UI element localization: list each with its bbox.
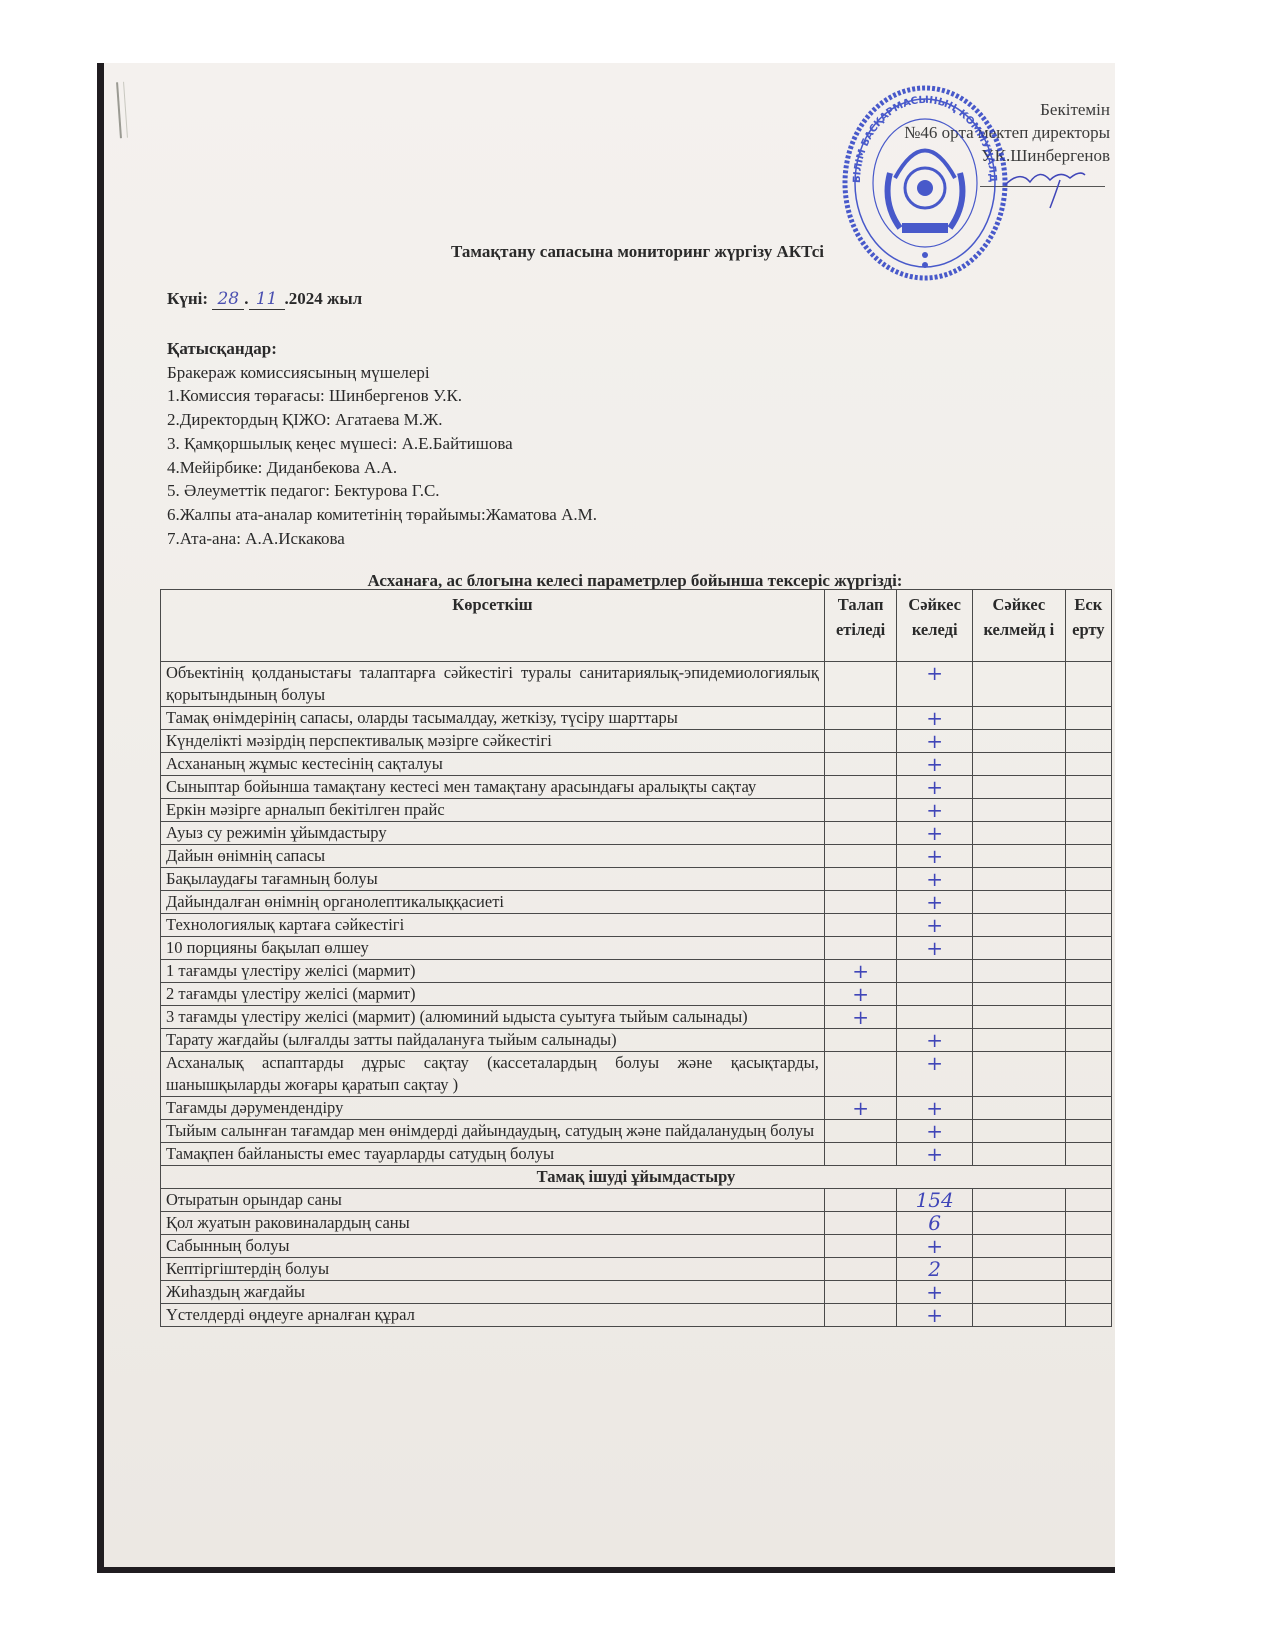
table-title: Асханаға, ас блогына келесі параметрлер … — [160, 571, 1110, 591]
indicator-cell: Асханалық аспаптарды дұрыс сақтау (кассе… — [161, 1052, 825, 1097]
required-cell — [824, 799, 896, 822]
compliant-cell: + — [897, 937, 973, 960]
table-row: Тамақпен байланысты емес тауарларды сату… — [161, 1143, 1112, 1166]
note-cell — [1065, 937, 1111, 960]
indicator-cell: Дайын өнімнің сапасы — [161, 845, 825, 868]
required-cell — [824, 1029, 896, 1052]
document-title: Тамақтану сапасына мониторинг жүргізу АК… — [0, 242, 1275, 262]
compliant-cell: 6 — [897, 1212, 973, 1235]
indicator-cell: 2 тағамды үлестіру желісі (мармит) — [161, 983, 825, 1006]
note-cell — [1065, 960, 1111, 983]
compliant-cell: + — [897, 1120, 973, 1143]
table-header-row: Көрсеткіш Талап етіледі Сәйкес келеді Сә… — [161, 590, 1112, 662]
note-cell — [1065, 1212, 1111, 1235]
required-cell — [824, 1052, 896, 1097]
note-cell — [1065, 1189, 1111, 1212]
noncompliant-cell — [973, 1097, 1066, 1120]
compliant-cell: + — [897, 753, 973, 776]
compliant-cell: + — [897, 868, 973, 891]
indicator-cell: Қол жуатын раковиналардың саны — [161, 1212, 825, 1235]
compliant-cell: + — [897, 822, 973, 845]
compliant-cell: + — [897, 662, 973, 707]
indicator-cell: Тамақ өнімдерінің сапасы, оларды тасымал… — [161, 707, 825, 730]
table-row: Технологиялық картаға сәйкестігі+ — [161, 914, 1112, 937]
table-row: 10 порцияны бақылап өлшеу+ — [161, 937, 1112, 960]
note-cell — [1065, 983, 1111, 1006]
compliant-cell — [897, 960, 973, 983]
date-month: 11 — [249, 289, 285, 310]
header-required: Талап етіледі — [824, 590, 896, 662]
indicator-cell: Ауыз су режимін ұйымдастыру — [161, 822, 825, 845]
required-cell: + — [824, 960, 896, 983]
indicator-cell: Отыратын орындар саны — [161, 1189, 825, 1212]
noncompliant-cell — [973, 1006, 1066, 1029]
note-cell — [1065, 1304, 1111, 1327]
compliant-cell — [897, 983, 973, 1006]
table-row: Еркін мәзірге арналып бекітілген прайс+ — [161, 799, 1112, 822]
indicator-cell: Объектінің қолданыстағы талаптарға сәйке… — [161, 662, 825, 707]
indicator-cell: 3 тағамды үлестіру желісі (мармит) (алюм… — [161, 1006, 825, 1029]
noncompliant-cell — [973, 822, 1066, 845]
participant-line: 6.Жалпы ата-аналар комитетінің төрайымы:… — [167, 503, 597, 527]
date-suffix: .2024 жыл — [285, 289, 363, 308]
participant-line: 7.Ата-ана: А.А.Искакова — [167, 527, 597, 551]
indicator-cell: Жиһаздың жағдайы — [161, 1281, 825, 1304]
note-cell — [1065, 868, 1111, 891]
noncompliant-cell — [973, 937, 1066, 960]
table-row: Сыныптар бойынша тамақтану кестесі мен т… — [161, 776, 1112, 799]
required-cell: + — [824, 983, 896, 1006]
required-cell — [824, 1235, 896, 1258]
required-cell — [824, 707, 896, 730]
compliant-cell: + — [897, 914, 973, 937]
indicator-cell: Асхананың жұмыс кестесінің сақталуы — [161, 753, 825, 776]
table-row: Отыратын орындар саны154 — [161, 1189, 1112, 1212]
table-row: Асхананың жұмыс кестесінің сақталуы+ — [161, 753, 1112, 776]
table-row: 3 тағамды үлестіру желісі (мармит) (алюм… — [161, 1006, 1112, 1029]
required-cell — [824, 937, 896, 960]
table-row: Кептіргіштердің болуы2 — [161, 1258, 1112, 1281]
note-cell — [1065, 1143, 1111, 1166]
note-cell — [1065, 1097, 1111, 1120]
table-row: Тағамды дәрумендендіру++ — [161, 1097, 1112, 1120]
indicator-cell: Күнделікті мәзірдің перспективалық мәзір… — [161, 730, 825, 753]
table-row: Тамақ өнімдерінің сапасы, оларды тасымал… — [161, 707, 1112, 730]
noncompliant-cell — [973, 1120, 1066, 1143]
noncompliant-cell — [973, 1029, 1066, 1052]
noncompliant-cell — [973, 1212, 1066, 1235]
note-cell — [1065, 662, 1111, 707]
table-row: 1 тағамды үлестіру желісі (мармит)+ — [161, 960, 1112, 983]
note-cell — [1065, 822, 1111, 845]
indicator-cell: Еркін мәзірге арналып бекітілген прайс — [161, 799, 825, 822]
noncompliant-cell — [973, 1235, 1066, 1258]
indicator-cell: Кептіргіштердің болуы — [161, 1258, 825, 1281]
noncompliant-cell — [973, 891, 1066, 914]
indicator-cell: 1 тағамды үлестіру желісі (мармит) — [161, 960, 825, 983]
compliant-cell: + — [897, 1304, 973, 1327]
indicator-cell: 10 порцияны бақылап өлшеу — [161, 937, 825, 960]
noncompliant-cell — [973, 662, 1066, 707]
note-cell — [1065, 776, 1111, 799]
compliant-cell: + — [897, 1143, 973, 1166]
inspection-table: Көрсеткіш Талап етіледі Сәйкес келеді Сә… — [160, 589, 1112, 1327]
participant-line: 4.Мейірбике: Диданбекова А.А. — [167, 456, 597, 480]
noncompliant-cell — [973, 1258, 1066, 1281]
required-cell: + — [824, 1006, 896, 1029]
section-title: Тамақ ішуді ұйымдастыру — [161, 1166, 1112, 1189]
compliant-cell: + — [897, 730, 973, 753]
indicator-cell: Сыныптар бойынша тамақтану кестесі мен т… — [161, 776, 825, 799]
header-indicator: Көрсеткіш — [161, 590, 825, 662]
note-cell — [1065, 753, 1111, 776]
required-cell — [824, 776, 896, 799]
required-cell: + — [824, 1097, 896, 1120]
noncompliant-cell — [973, 1304, 1066, 1327]
noncompliant-cell — [973, 730, 1066, 753]
noncompliant-cell — [973, 707, 1066, 730]
compliant-cell: 154 — [897, 1189, 973, 1212]
noncompliant-cell — [973, 799, 1066, 822]
noncompliant-cell — [973, 845, 1066, 868]
note-cell — [1065, 1281, 1111, 1304]
table-row: Жиһаздың жағдайы+ — [161, 1281, 1112, 1304]
indicator-cell: Тамақпен байланысты емес тауарларды сату… — [161, 1143, 825, 1166]
required-cell — [824, 891, 896, 914]
noncompliant-cell — [973, 1281, 1066, 1304]
table-row: Ауыз су режимін ұйымдастыру+ — [161, 822, 1112, 845]
note-cell — [1065, 891, 1111, 914]
indicator-cell: Тарату жағдайы (ылғалды затты пайдалануғ… — [161, 1029, 825, 1052]
table-row: 2 тағамды үлестіру желісі (мармит)+ — [161, 983, 1112, 1006]
compliant-cell: + — [897, 1029, 973, 1052]
participant-line: 1.Комиссия төрағасы: Шинбергенов У.К. — [167, 384, 597, 408]
header-compliant: Сәйкес келеді — [897, 590, 973, 662]
required-cell — [824, 868, 896, 891]
noncompliant-cell — [973, 1052, 1066, 1097]
date-label: Күні: — [167, 289, 208, 308]
indicator-cell: Технологиялық картаға сәйкестігі — [161, 914, 825, 937]
table-row: Бақылаудағы тағамның болуы+ — [161, 868, 1112, 891]
signature-icon — [1000, 150, 1090, 210]
indicator-cell: Дайындалған өнімнің органолептикалыққаси… — [161, 891, 825, 914]
noncompliant-cell — [973, 960, 1066, 983]
table-row: Дайын өнімнің сапасы+ — [161, 845, 1112, 868]
indicator-cell: Тағамды дәрумендендіру — [161, 1097, 825, 1120]
note-cell — [1065, 1029, 1111, 1052]
required-cell — [824, 1212, 896, 1235]
note-cell — [1065, 1235, 1111, 1258]
note-cell — [1065, 1120, 1111, 1143]
indicator-cell: Тыйым салынған тағамдар мен өнімдерді да… — [161, 1120, 825, 1143]
table-row: Қол жуатын раковиналардың саны6 — [161, 1212, 1112, 1235]
compliant-cell: + — [897, 891, 973, 914]
required-cell — [824, 730, 896, 753]
noncompliant-cell — [973, 776, 1066, 799]
table-row: Объектінің қолданыстағы талаптарға сәйке… — [161, 662, 1112, 707]
required-cell — [824, 753, 896, 776]
required-cell — [824, 1281, 896, 1304]
section-row: Тамақ ішуді ұйымдастыру — [161, 1166, 1112, 1189]
required-cell — [824, 1258, 896, 1281]
compliant-cell: + — [897, 799, 973, 822]
required-cell — [824, 1143, 896, 1166]
note-cell — [1065, 1006, 1111, 1029]
table-row: Сабынның болуы+ — [161, 1235, 1112, 1258]
note-cell — [1065, 707, 1111, 730]
compliant-cell: + — [897, 1235, 973, 1258]
required-cell — [824, 1189, 896, 1212]
participant-line: 3. Қамқоршылық кеңес мүшесі: А.Е.Байтишо… — [167, 432, 597, 456]
document-date: Күні: 28.11.2024 жыл — [167, 289, 362, 310]
noncompliant-cell — [973, 914, 1066, 937]
noncompliant-cell — [973, 753, 1066, 776]
note-cell — [1065, 799, 1111, 822]
participant-line: 5. Әлеуметтік педагог: Бектурова Г.С. — [167, 479, 597, 503]
indicator-cell: Сабынның болуы — [161, 1235, 825, 1258]
indicator-cell: Бақылаудағы тағамның болуы — [161, 868, 825, 891]
compliant-cell: + — [897, 707, 973, 730]
note-cell — [1065, 914, 1111, 937]
note-cell — [1065, 1052, 1111, 1097]
indicator-cell: Үстелдерді өңдеуге арналған құрал — [161, 1304, 825, 1327]
participants-block: Қатысқандар: Бракераж комиссиясының мүше… — [167, 337, 597, 550]
noncompliant-cell — [973, 1143, 1066, 1166]
required-cell — [824, 845, 896, 868]
compliant-cell: + — [897, 776, 973, 799]
compliant-cell: + — [897, 1097, 973, 1120]
note-cell — [1065, 730, 1111, 753]
table-row: Тарату жағдайы (ылғалды затты пайдалануғ… — [161, 1029, 1112, 1052]
required-cell — [824, 914, 896, 937]
table-row: Үстелдерді өңдеуге арналған құрал+ — [161, 1304, 1112, 1327]
participant-line: 2.Директордың ҚІЖО: Агатаева М.Ж. — [167, 408, 597, 432]
table-row: Асханалық аспаптарды дұрыс сақтау (кассе… — [161, 1052, 1112, 1097]
required-cell — [824, 1304, 896, 1327]
required-cell — [824, 1120, 896, 1143]
compliant-cell: 2 — [897, 1258, 973, 1281]
note-cell — [1065, 845, 1111, 868]
noncompliant-cell — [973, 868, 1066, 891]
note-cell — [1065, 1258, 1111, 1281]
header-noncompliant: Сәйкес келмейд і — [973, 590, 1066, 662]
date-day: 28 — [212, 289, 244, 310]
compliant-cell: + — [897, 845, 973, 868]
participant-line: Бракераж комиссиясының мүшелері — [167, 361, 597, 385]
table-row: Күнделікті мәзірдің перспективалық мәзір… — [161, 730, 1112, 753]
noncompliant-cell — [973, 983, 1066, 1006]
compliant-cell: + — [897, 1052, 973, 1097]
table-row: Тыйым салынған тағамдар мен өнімдерді да… — [161, 1120, 1112, 1143]
required-cell — [824, 662, 896, 707]
compliant-cell: + — [897, 1281, 973, 1304]
compliant-cell — [897, 1006, 973, 1029]
table-row: Дайындалған өнімнің органолептикалыққаси… — [161, 891, 1112, 914]
noncompliant-cell — [973, 1189, 1066, 1212]
participants-heading: Қатысқандар: — [167, 337, 597, 361]
official-stamp-icon: БІЛІМ БАСҚАРМАСЫНЫҢ КОММУНАЛДЫҚ — [840, 83, 1010, 283]
required-cell — [824, 822, 896, 845]
header-note: Еск ерту — [1065, 590, 1111, 662]
